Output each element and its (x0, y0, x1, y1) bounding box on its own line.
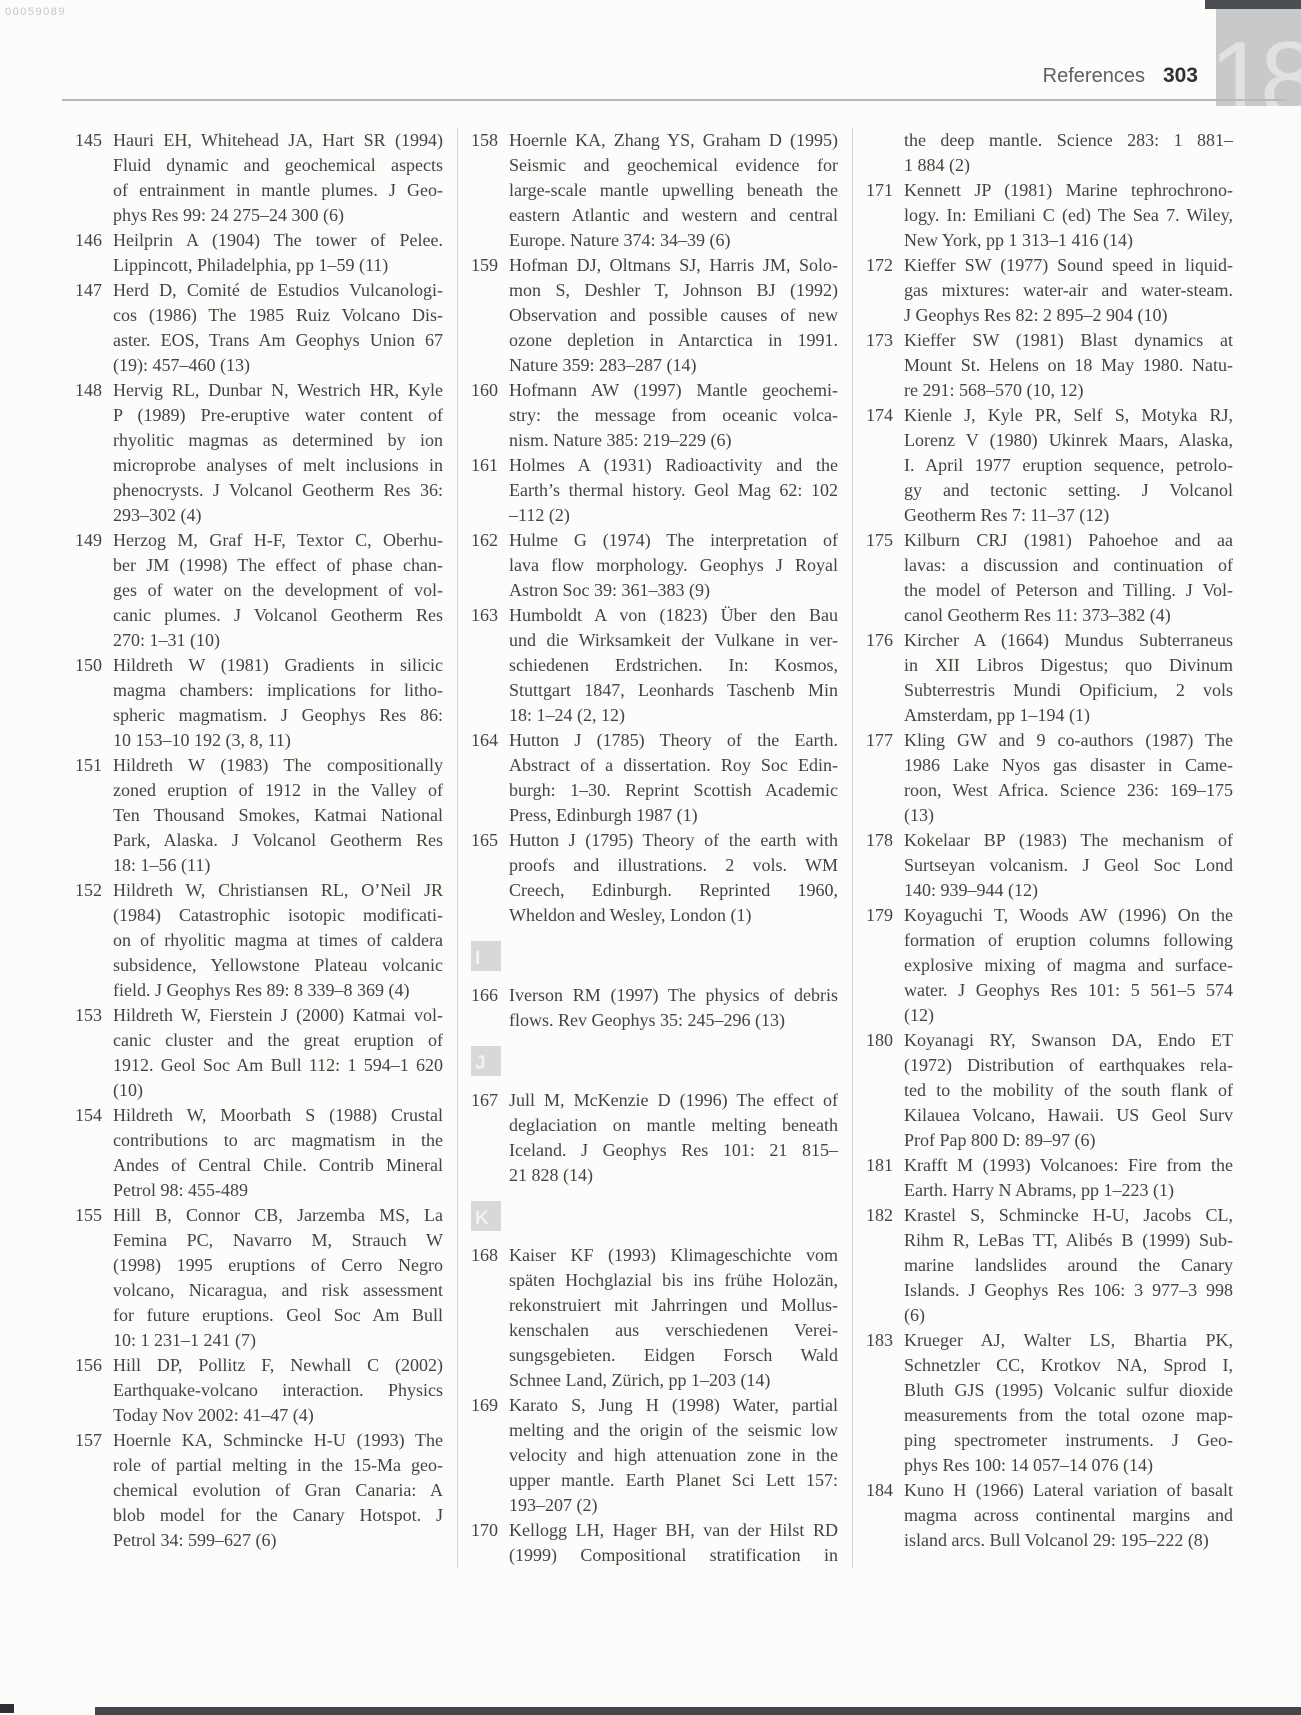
reference-line: Observation and possible causes of new (509, 303, 838, 328)
reference-line: spheric magmatism. J Geophys Res 86: (113, 703, 443, 728)
reference-line: schiedenen Erdstrichen. In: Kosmos, (509, 653, 838, 678)
section-letter-marker: J (471, 1046, 838, 1076)
reference-line: chemical evolution of Gran Canaria: A (113, 1478, 443, 1503)
reference-line: 293–302 (4) (113, 503, 443, 528)
reference-line: 193–207 (2) (509, 1493, 838, 1518)
reference-line: large-scale mantle upwelling beneath the (509, 178, 838, 203)
reference-line: Krueger AJ, Walter LS, Bhartia PK, (904, 1328, 1233, 1353)
reference-line: Koyanagi RY, Swanson DA, Endo ET (904, 1028, 1233, 1053)
reference-line: the model of Peterson and Tilling. J Vol… (904, 578, 1233, 603)
reference-line: Wheldon and Wesley, London (1) (509, 903, 838, 928)
reference-line: Jull M, McKenzie D (1996) The effect of (509, 1088, 838, 1113)
section-letter-square: K (471, 1201, 501, 1231)
reference-text: Hutton J (1795) Theory of the earth with… (509, 828, 838, 928)
reference-number: 170 (471, 1518, 509, 1568)
reference-line: Today Nov 2002: 41–47 (4) (113, 1403, 443, 1428)
reference-text: Herzog M, Graf H-F, Textor C, Oberhu-ber… (113, 528, 443, 653)
reference-line: 18: 1–24 (2, 12) (509, 703, 838, 728)
reference-entry: 172Kieffer SW (1977) Sound speed in liqu… (866, 253, 1233, 328)
section-letter: J (475, 1053, 486, 1075)
chapter-tab: 18 (1216, 9, 1301, 106)
reference-line: Koyaguchi T, Woods AW (1996) On the (904, 903, 1233, 928)
reference-line: 10: 1 231–1 241 (7) (113, 1328, 443, 1353)
reference-line: (1984) Catastrophic isotopic modificati- (113, 903, 443, 928)
reference-line: (13) (904, 803, 1233, 828)
reference-number (866, 128, 904, 178)
reference-number: 181 (866, 1153, 904, 1203)
reference-line: und die Wirksamkeit der Vulkane in ver- (509, 628, 838, 653)
reference-line: island arcs. Bull Volcanol 29: 195–222 (… (904, 1528, 1233, 1553)
reference-line: of entrainment in mantle plumes. J Geo- (113, 178, 443, 203)
reference-line: upper mantle. Earth Planet Sci Lett 157: (509, 1468, 838, 1493)
reference-entry: 161Holmes A (1931) Radioactivity and the… (471, 453, 838, 528)
reference-line: Hildreth W (1983) The compositionally (113, 753, 443, 778)
reference-line: 1 884 (2) (904, 153, 1233, 178)
reference-line: Femina PC, Navarro M, Strauch W (113, 1228, 443, 1253)
reference-line: measurements from the total ozone map- (904, 1403, 1233, 1428)
reference-text: Hutton J (1785) Theory of the Earth.Abst… (509, 728, 838, 828)
reference-line: 140: 939–944 (12) (904, 878, 1233, 903)
reference-entry: 156Hill DP, Pollitz F, Newhall C (2002)E… (75, 1353, 443, 1428)
reference-line: Subterrestris Mundi Opificium, 2 vols (904, 678, 1233, 703)
reference-number: 173 (866, 328, 904, 403)
reference-line: the deep mantle. Science 283: 1 881– (904, 128, 1233, 153)
reference-line: Hill B, Connor CB, Jarzemba MS, La (113, 1203, 443, 1228)
reference-line: Hauri EH, Whitehead JA, Hart SR (1994) (113, 128, 443, 153)
reference-entry: 181Krafft M (1993) Volcanoes: Fire from … (866, 1153, 1233, 1203)
reference-entry: 183Krueger AJ, Walter LS, Bhartia PK,Sch… (866, 1328, 1233, 1478)
reference-line: explosive mixing of magma and surface- (904, 953, 1233, 978)
reference-line: field. J Geophys Res 89: 8 339–8 369 (4) (113, 978, 443, 1003)
reference-line: sungsgebieten. Eidgen Forsch Wald (509, 1343, 838, 1368)
reference-number: 152 (75, 878, 113, 1003)
reference-number: 154 (75, 1103, 113, 1203)
reference-entry: 152Hildreth W, Christiansen RL, O’Neil J… (75, 878, 443, 1003)
reference-text: Hoernle KA, Schmincke H-U (1993) Therole… (113, 1428, 443, 1553)
reference-line: Holmes A (1931) Radioactivity and the (509, 453, 838, 478)
reference-line: Petrol 98: 455-489 (113, 1178, 443, 1203)
reference-number: 172 (866, 253, 904, 328)
reference-number: 168 (471, 1243, 509, 1393)
reference-line: Mount St. Helens on 18 May 1980. Natu- (904, 353, 1233, 378)
reference-column: 158Hoernle KA, Zhang YS, Graham D (1995)… (457, 128, 852, 1568)
reference-line: roon, West Africa. Science 236: 169–175 (904, 778, 1233, 803)
reference-line: Earthquake-volcano interaction. Physics (113, 1378, 443, 1403)
reference-entry: 145Hauri EH, Whitehead JA, Hart SR (1994… (75, 128, 443, 228)
reference-line: formation of eruption columns following (904, 928, 1233, 953)
reference-number: 151 (75, 753, 113, 878)
header-rule (62, 99, 1287, 101)
reference-entry: 175Kilburn CRJ (1981) Pahoehoe and aalav… (866, 528, 1233, 628)
reference-text: Hildreth W, Christiansen RL, O’Neil JR(1… (113, 878, 443, 1003)
reference-line: deglaciation on mantle melting beneath (509, 1113, 838, 1138)
reference-line: (10) (113, 1078, 443, 1103)
reference-line: Herzog M, Graf H-F, Textor C, Oberhu- (113, 528, 443, 553)
reference-line: for future eruptions. Geol Soc Am Bull (113, 1303, 443, 1328)
reference-number: 153 (75, 1003, 113, 1103)
reference-number: 166 (471, 983, 509, 1033)
bottom-scan-bar (95, 1707, 1301, 1715)
reference-line: on of rhyolitic magma at times of calder… (113, 928, 443, 953)
reference-entry: 160Hofmann AW (1997) Mantle geochemi-str… (471, 378, 838, 453)
reference-line: burgh: 1–30. Reprint Scottish Academic (509, 778, 838, 803)
reference-entry: 184Kuno H (1966) Lateral variation of ba… (866, 1478, 1233, 1553)
reference-number: 160 (471, 378, 509, 453)
reference-line: –112 (2) (509, 503, 838, 528)
reference-text: Hildreth W (1983) The compositionallyzon… (113, 753, 443, 878)
page-header: References303 (0, 64, 1198, 88)
reference-line: Kieffer SW (1977) Sound speed in liquid- (904, 253, 1233, 278)
reference-number: 180 (866, 1028, 904, 1153)
reference-text: Jull M, McKenzie D (1996) The effect ofd… (509, 1088, 838, 1188)
reference-number: 162 (471, 528, 509, 603)
book-page: 00059089 18 References303 145Hauri EH, W… (0, 0, 1301, 1715)
reference-line: P (1989) Pre-eruptive water content of (113, 403, 443, 428)
reference-text: Koyanagi RY, Swanson DA, Endo ET(1972) D… (904, 1028, 1233, 1153)
reference-text: Hofman DJ, Oltmans SJ, Harris JM, Solo-m… (509, 253, 838, 378)
reference-line: mon S, Deshler T, Johnson BJ (1992) (509, 278, 838, 303)
reference-number: 159 (471, 253, 509, 378)
reference-line: proofs and illustrations. 2 vols. WM (509, 853, 838, 878)
section-letter-square: J (471, 1046, 501, 1076)
reference-number: 156 (75, 1353, 113, 1428)
reference-number: 158 (471, 128, 509, 253)
reference-line: Hoernle KA, Zhang YS, Graham D (1995) (509, 128, 838, 153)
reference-line: re 291: 568–570 (10, 12) (904, 378, 1233, 403)
reference-line: canic plumes. J Volcanol Geotherm Res (113, 603, 443, 628)
reference-number: 175 (866, 528, 904, 628)
reference-line: Hofman DJ, Oltmans SJ, Harris JM, Solo- (509, 253, 838, 278)
reference-line: New York, pp 1 313–1 416 (14) (904, 228, 1233, 253)
reference-entry: 180Koyanagi RY, Swanson DA, Endo ET(1972… (866, 1028, 1233, 1153)
reference-entry: 150Hildreth W (1981) Gradients in silici… (75, 653, 443, 753)
reference-text: Krafft M (1993) Volcanoes: Fire from the… (904, 1153, 1233, 1203)
reference-line: Kienle J, Kyle PR, Self S, Motyka RJ, (904, 403, 1233, 428)
reference-line: role of partial melting in the 15-Ma geo… (113, 1453, 443, 1478)
chapter-number: 18 (1216, 27, 1301, 106)
reference-line: Kilauea Volcano, Hawaii. US Geol Surv (904, 1103, 1233, 1128)
reference-line: Lippincott, Philadelphia, pp 1–59 (11) (113, 253, 443, 278)
reference-line: lavas: a discussion and continuation of (904, 553, 1233, 578)
reference-line: Petrol 34: 599–627 (6) (113, 1528, 443, 1553)
reference-line: Park, Alaska. J Volcanol Geotherm Res (113, 828, 443, 853)
reference-line: rhyolitic magmas as determined by ion (113, 428, 443, 453)
reference-entry: 162Hulme G (1974) The interpretation ofl… (471, 528, 838, 603)
reference-number: 161 (471, 453, 509, 528)
reference-line: 21 828 (14) (509, 1163, 838, 1188)
reference-line: Hutton J (1785) Theory of the Earth. (509, 728, 838, 753)
reference-text: Kircher A (1664) Mundus Subterraneusin X… (904, 628, 1233, 728)
reference-line: ozone depletion in Antarctica in 1991. (509, 328, 838, 353)
reference-text: Koyaguchi T, Woods AW (1996) On theforma… (904, 903, 1233, 1028)
reference-entry: 148Hervig RL, Dunbar N, Westrich HR, Kyl… (75, 378, 443, 528)
reference-line: in XII Libros Digestus; quo Divinum (904, 653, 1233, 678)
reference-entry: 164Hutton J (1785) Theory of the Earth.A… (471, 728, 838, 828)
reference-number: 163 (471, 603, 509, 728)
reference-text: Kaiser KF (1993) Klimageschichte vomspät… (509, 1243, 838, 1393)
reference-line: Humboldt A von (1823) Über den Bau (509, 603, 838, 628)
section-letter: K (475, 1208, 489, 1230)
reference-number: 176 (866, 628, 904, 728)
reference-text: Hoernle KA, Zhang YS, Graham D (1995)Sei… (509, 128, 838, 253)
reference-line: aster. EOS, Trans Am Geophys Union 67 (113, 328, 443, 353)
reference-entry: 179Koyaguchi T, Woods AW (1996) On thefo… (866, 903, 1233, 1028)
reference-number: 150 (75, 653, 113, 753)
reference-line: Kling GW and 9 co-authors (1987) The (904, 728, 1233, 753)
reference-text: Kellogg LH, Hager BH, van der Hilst RD(1… (509, 1518, 838, 1568)
reference-line: (6) (904, 1303, 1233, 1328)
reference-number: 182 (866, 1203, 904, 1328)
reference-text: Herd D, Comité de Estudios Vulcanologi-c… (113, 278, 443, 378)
reference-text: Humboldt A von (1823) Über den Bauund di… (509, 603, 838, 728)
reference-line: cos (1986) The 1985 Ruiz Volcano Dis- (113, 303, 443, 328)
reference-line: Iceland. J Geophys Res 101: 21 815– (509, 1138, 838, 1163)
reference-line: kenschalen aus verschiedenen Verei- (509, 1318, 838, 1343)
reference-line: Prof Pap 800 D: 89–97 (6) (904, 1128, 1233, 1153)
reference-entry: 154Hildreth W, Moorbath S (1988) Crustal… (75, 1103, 443, 1203)
reference-line: Earth. Harry N Abrams, pp 1–223 (1) (904, 1178, 1233, 1203)
reference-number: 164 (471, 728, 509, 828)
reference-number: 145 (75, 128, 113, 228)
reference-line: Press, Edinburgh 1987 (1) (509, 803, 838, 828)
reference-continuation: the deep mantle. Science 283: 1 881–1 88… (866, 128, 1233, 178)
reference-text: Kilburn CRJ (1981) Pahoehoe and aalavas:… (904, 528, 1233, 628)
reference-entry: 146Heilprin A (1904) The tower of Pelee.… (75, 228, 443, 278)
reference-column: 145Hauri EH, Whitehead JA, Hart SR (1994… (62, 128, 457, 1568)
reference-number: 183 (866, 1328, 904, 1478)
reference-text: Hildreth W, Moorbath S (1988) Crustalcon… (113, 1103, 443, 1203)
reference-line: Seismic and geochemical evidence for (509, 153, 838, 178)
reference-line: magma across continental margins and (904, 1503, 1233, 1528)
reference-entry: 158Hoernle KA, Zhang YS, Graham D (1995)… (471, 128, 838, 253)
reference-line: microprobe analyses of melt inclusions i… (113, 453, 443, 478)
reference-text: Hervig RL, Dunbar N, Westrich HR, KyleP … (113, 378, 443, 528)
reference-line: Heilprin A (1904) The tower of Pelee. (113, 228, 443, 253)
reference-entry: 157Hoernle KA, Schmincke H-U (1993) Ther… (75, 1428, 443, 1553)
reference-line: Earth’s thermal history. Geol Mag 62: 10… (509, 478, 838, 503)
reference-text: the deep mantle. Science 283: 1 881–1 88… (904, 128, 1233, 178)
reference-text: Kieffer SW (1977) Sound speed in liquid-… (904, 253, 1233, 328)
reference-text: Kokelaar BP (1983) The mechanism ofSurts… (904, 828, 1233, 903)
reference-line: Hill DP, Pollitz F, Newhall C (2002) (113, 1353, 443, 1378)
reference-entry: 165Hutton J (1795) Theory of the earth w… (471, 828, 838, 928)
reference-line: Iverson RM (1997) The physics of debris (509, 983, 838, 1008)
reference-line: zoned eruption of 1912 in the Valley of (113, 778, 443, 803)
reference-entry: 169Karato S, Jung H (1998) Water, partia… (471, 1393, 838, 1518)
reference-line: Herd D, Comité de Estudios Vulcanologi- (113, 278, 443, 303)
section-letter-marker: K (471, 1201, 838, 1231)
reference-line: Karato S, Jung H (1998) Water, partial (509, 1393, 838, 1418)
reference-text: Hildreth W (1981) Gradients in silicicma… (113, 653, 443, 753)
reference-line: volcano, Nicaragua, and risk assessment (113, 1278, 443, 1303)
reference-line: 10 153–10 192 (3, 8, 11) (113, 728, 443, 753)
reference-number: 157 (75, 1428, 113, 1553)
reference-line: gy and tectonic setting. J Volcanol (904, 478, 1233, 503)
reference-entry: 155Hill B, Connor CB, Jarzemba MS, LaFem… (75, 1203, 443, 1353)
reference-line: Hildreth W, Moorbath S (1988) Crustal (113, 1103, 443, 1128)
reference-number: 184 (866, 1478, 904, 1553)
reference-line: Geotherm Res 7: 11–37 (12) (904, 503, 1233, 528)
reference-entry: 147Herd D, Comité de Estudios Vulcanolog… (75, 278, 443, 378)
reference-text: Kieffer SW (1981) Blast dynamics atMount… (904, 328, 1233, 403)
reference-line: Kircher A (1664) Mundus Subterraneus (904, 628, 1233, 653)
reference-number: 167 (471, 1088, 509, 1188)
reference-line: Kaiser KF (1993) Klimageschichte vom (509, 1243, 838, 1268)
reference-line: 270: 1–31 (10) (113, 628, 443, 653)
reference-line: Ten Thousand Smokes, Katmai National (113, 803, 443, 828)
reference-line: canol Geotherm Res 11: 373–382 (4) (904, 603, 1233, 628)
reference-number: 177 (866, 728, 904, 828)
reference-line: ted to the mobility of the south flank o… (904, 1078, 1233, 1103)
reference-entry: 167Jull M, McKenzie D (1996) The effect … (471, 1088, 838, 1188)
reference-line: 18: 1–56 (11) (113, 853, 443, 878)
reference-number: 178 (866, 828, 904, 903)
reference-entry: 178Kokelaar BP (1983) The mechanism ofSu… (866, 828, 1233, 903)
reference-line: (1999) Compositional stratification in (509, 1543, 838, 1568)
reference-number: 146 (75, 228, 113, 278)
reference-line: 1986 Lake Nyos gas disaster in Came- (904, 753, 1233, 778)
reference-columns: 145Hauri EH, Whitehead JA, Hart SR (1994… (62, 128, 1249, 1568)
reference-number: 179 (866, 903, 904, 1028)
reference-line: gas mixtures: water-air and water-steam. (904, 278, 1233, 303)
reference-text: Kling GW and 9 co-authors (1987) The1986… (904, 728, 1233, 828)
reference-entry: 171Kennett JP (1981) Marine tephrochrono… (866, 178, 1233, 253)
page-number: 303 (1163, 64, 1198, 87)
reference-line: nism. Nature 385: 219–229 (6) (509, 428, 838, 453)
scan-stamp: 00059089 (5, 6, 66, 18)
reference-line: Hofmann AW (1997) Mantle geochemi- (509, 378, 838, 403)
reference-line: flows. Rev Geophys 35: 245–296 (13) (509, 1008, 838, 1033)
reference-line: Abstract of a dissertation. Roy Soc Edin… (509, 753, 838, 778)
reference-line: 1912. Geol Soc Am Bull 112: 1 594–1 620 (113, 1053, 443, 1078)
reference-text: Krueger AJ, Walter LS, Bhartia PK,Schnet… (904, 1328, 1233, 1478)
reference-line: phys Res 100: 14 057–14 076 (14) (904, 1453, 1233, 1478)
reference-text: Kennett JP (1981) Marine tephrochrono-lo… (904, 178, 1233, 253)
reference-line: Kuno H (1966) Lateral variation of basal… (904, 1478, 1233, 1503)
reference-entry: 151Hildreth W (1983) The compositionally… (75, 753, 443, 878)
reference-line: Fluid dynamic and geochemical aspects (113, 153, 443, 178)
reference-line: Kokelaar BP (1983) The mechanism of (904, 828, 1233, 853)
reference-line: water. J Geophys Res 101: 5 561–5 574 (904, 978, 1233, 1003)
reference-line: Kennett JP (1981) Marine tephrochrono- (904, 178, 1233, 203)
reference-line: Hervig RL, Dunbar N, Westrich HR, Kyle (113, 378, 443, 403)
header-title: References (1043, 65, 1145, 87)
reference-line: Bluth GJS (1995) Volcanic sulfur dioxide (904, 1378, 1233, 1403)
reference-entry: 149Herzog M, Graf H-F, Textor C, Oberhu-… (75, 528, 443, 653)
reference-line: I. April 1977 eruption sequence, petrolo… (904, 453, 1233, 478)
reference-line: Schnee Land, Zürich, pp 1–203 (14) (509, 1368, 838, 1393)
reference-entry: 173Kieffer SW (1981) Blast dynamics atMo… (866, 328, 1233, 403)
reference-number: 174 (866, 403, 904, 528)
reference-line: Hildreth W (1981) Gradients in silicic (113, 653, 443, 678)
reference-line: Schnetzler CC, Krotkov NA, Sprod I, (904, 1353, 1233, 1378)
reference-line: phys Res 99: 24 275–24 300 (6) (113, 203, 443, 228)
section-letter-square: I (471, 941, 501, 971)
reference-line: (19): 457–460 (13) (113, 353, 443, 378)
reference-number: 147 (75, 278, 113, 378)
reference-text: Heilprin A (1904) The tower of Pelee.Lip… (113, 228, 443, 278)
reference-line: eastern Atlantic and western and central (509, 203, 838, 228)
reference-text: Holmes A (1931) Radioactivity and theEar… (509, 453, 838, 528)
reference-line: (1998) 1995 eruptions of Cerro Negro (113, 1253, 443, 1278)
reference-number: 171 (866, 178, 904, 253)
reference-line: Hildreth W, Christiansen RL, O’Neil JR (113, 878, 443, 903)
corner-mark (0, 1704, 14, 1713)
reference-line: Nature 359: 283–287 (14) (509, 353, 838, 378)
reference-line: Andes of Central Chile. Contrib Mineral (113, 1153, 443, 1178)
reference-entry: 153Hildreth W, Fierstein J (2000) Katmai… (75, 1003, 443, 1103)
section-letter: I (475, 948, 480, 970)
reference-entry: 166Iverson RM (1997) The physics of debr… (471, 983, 838, 1033)
reference-entry: 177Kling GW and 9 co-authors (1987) The1… (866, 728, 1233, 828)
reference-line: Europe. Nature 374: 34–39 (6) (509, 228, 838, 253)
reference-text: Iverson RM (1997) The physics of debrisf… (509, 983, 838, 1033)
reference-line: stry: the message from oceanic volca- (509, 403, 838, 428)
reference-text: Hildreth W, Fierstein J (2000) Katmai vo… (113, 1003, 443, 1103)
reference-line: blob model for the Canary Hotspot. J (113, 1503, 443, 1528)
reference-line: Creech, Edinburgh. Reprinted 1960, (509, 878, 838, 903)
reference-line: Krafft M (1993) Volcanoes: Fire from the (904, 1153, 1233, 1178)
reference-line: Islands. J Geophys Res 106: 3 977–3 998 (904, 1278, 1233, 1303)
reference-text: Hill B, Connor CB, Jarzemba MS, LaFemina… (113, 1203, 443, 1353)
reference-number: 149 (75, 528, 113, 653)
reference-line: J Geophys Res 82: 2 895–2 904 (10) (904, 303, 1233, 328)
chapter-tab-bar (1205, 0, 1301, 9)
reference-text: Hofmann AW (1997) Mantle geochemi-stry: … (509, 378, 838, 453)
reference-number: 169 (471, 1393, 509, 1518)
reference-line: Lorenz V (1980) Ukinrek Maars, Alaska, (904, 428, 1233, 453)
reference-line: Kellogg LH, Hager BH, van der Hilst RD (509, 1518, 838, 1543)
reference-number: 165 (471, 828, 509, 928)
reference-line: Hoernle KA, Schmincke H-U (1993) The (113, 1428, 443, 1453)
reference-column: the deep mantle. Science 283: 1 881–1 88… (852, 128, 1247, 1568)
reference-line: Rihm R, LeBas TT, Alibés B (1999) Sub- (904, 1228, 1233, 1253)
reference-line: contributions to arc magmatism in the (113, 1128, 443, 1153)
reference-line: späten Hochglazial bis ins frühe Holozän… (509, 1268, 838, 1293)
reference-line: magma chambers: implications for litho- (113, 678, 443, 703)
reference-line: Kieffer SW (1981) Blast dynamics at (904, 328, 1233, 353)
section-letter-marker: I (471, 941, 838, 971)
reference-line: Kilburn CRJ (1981) Pahoehoe and aa (904, 528, 1233, 553)
reference-text: Hulme G (1974) The interpretation oflava… (509, 528, 838, 603)
reference-line: Stuttgart 1847, Leonhards Taschenb Min (509, 678, 838, 703)
reference-text: Karato S, Jung H (1998) Water, partialme… (509, 1393, 838, 1518)
reference-text: Kienle J, Kyle PR, Self S, Motyka RJ,Lor… (904, 403, 1233, 528)
reference-text: Hill DP, Pollitz F, Newhall C (2002)Eart… (113, 1353, 443, 1428)
reference-line: Hildreth W, Fierstein J (2000) Katmai vo… (113, 1003, 443, 1028)
reference-line: Amsterdam, pp 1–194 (1) (904, 703, 1233, 728)
reference-line: Surtseyan volcanism. J Geol Soc Lond (904, 853, 1233, 878)
reference-line: rekonstruiert mit Jahrringen und Mollus- (509, 1293, 838, 1318)
reference-line: ping spectrometer instruments. J Geo- (904, 1428, 1233, 1453)
reference-entry: 163Humboldt A von (1823) Über den Bauund… (471, 603, 838, 728)
reference-entry: 174Kienle J, Kyle PR, Self S, Motyka RJ,… (866, 403, 1233, 528)
reference-line: ges of water on the development of vol- (113, 578, 443, 603)
reference-entry: 170Kellogg LH, Hager BH, van der Hilst R… (471, 1518, 838, 1568)
reference-line: ber JM (1998) The effect of phase chan- (113, 553, 443, 578)
reference-number: 148 (75, 378, 113, 528)
reference-line: logy. In: Emiliani C (ed) The Sea 7. Wil… (904, 203, 1233, 228)
reference-entry: 176Kircher A (1664) Mundus Subterraneusi… (866, 628, 1233, 728)
reference-text: Kuno H (1966) Lateral variation of basal… (904, 1478, 1233, 1553)
reference-line: (12) (904, 1003, 1233, 1028)
reference-line: velocity and high attenuation zone in th… (509, 1443, 838, 1468)
reference-entry: 168Kaiser KF (1993) Klimageschichte voms… (471, 1243, 838, 1393)
reference-text: Hauri EH, Whitehead JA, Hart SR (1994)Fl… (113, 128, 443, 228)
reference-entry: 182Krastel S, Schmincke H-U, Jacobs CL,R… (866, 1203, 1233, 1328)
reference-line: lava flow morphology. Geophys J Royal (509, 553, 838, 578)
reference-line: canic cluster and the great eruption of (113, 1028, 443, 1053)
